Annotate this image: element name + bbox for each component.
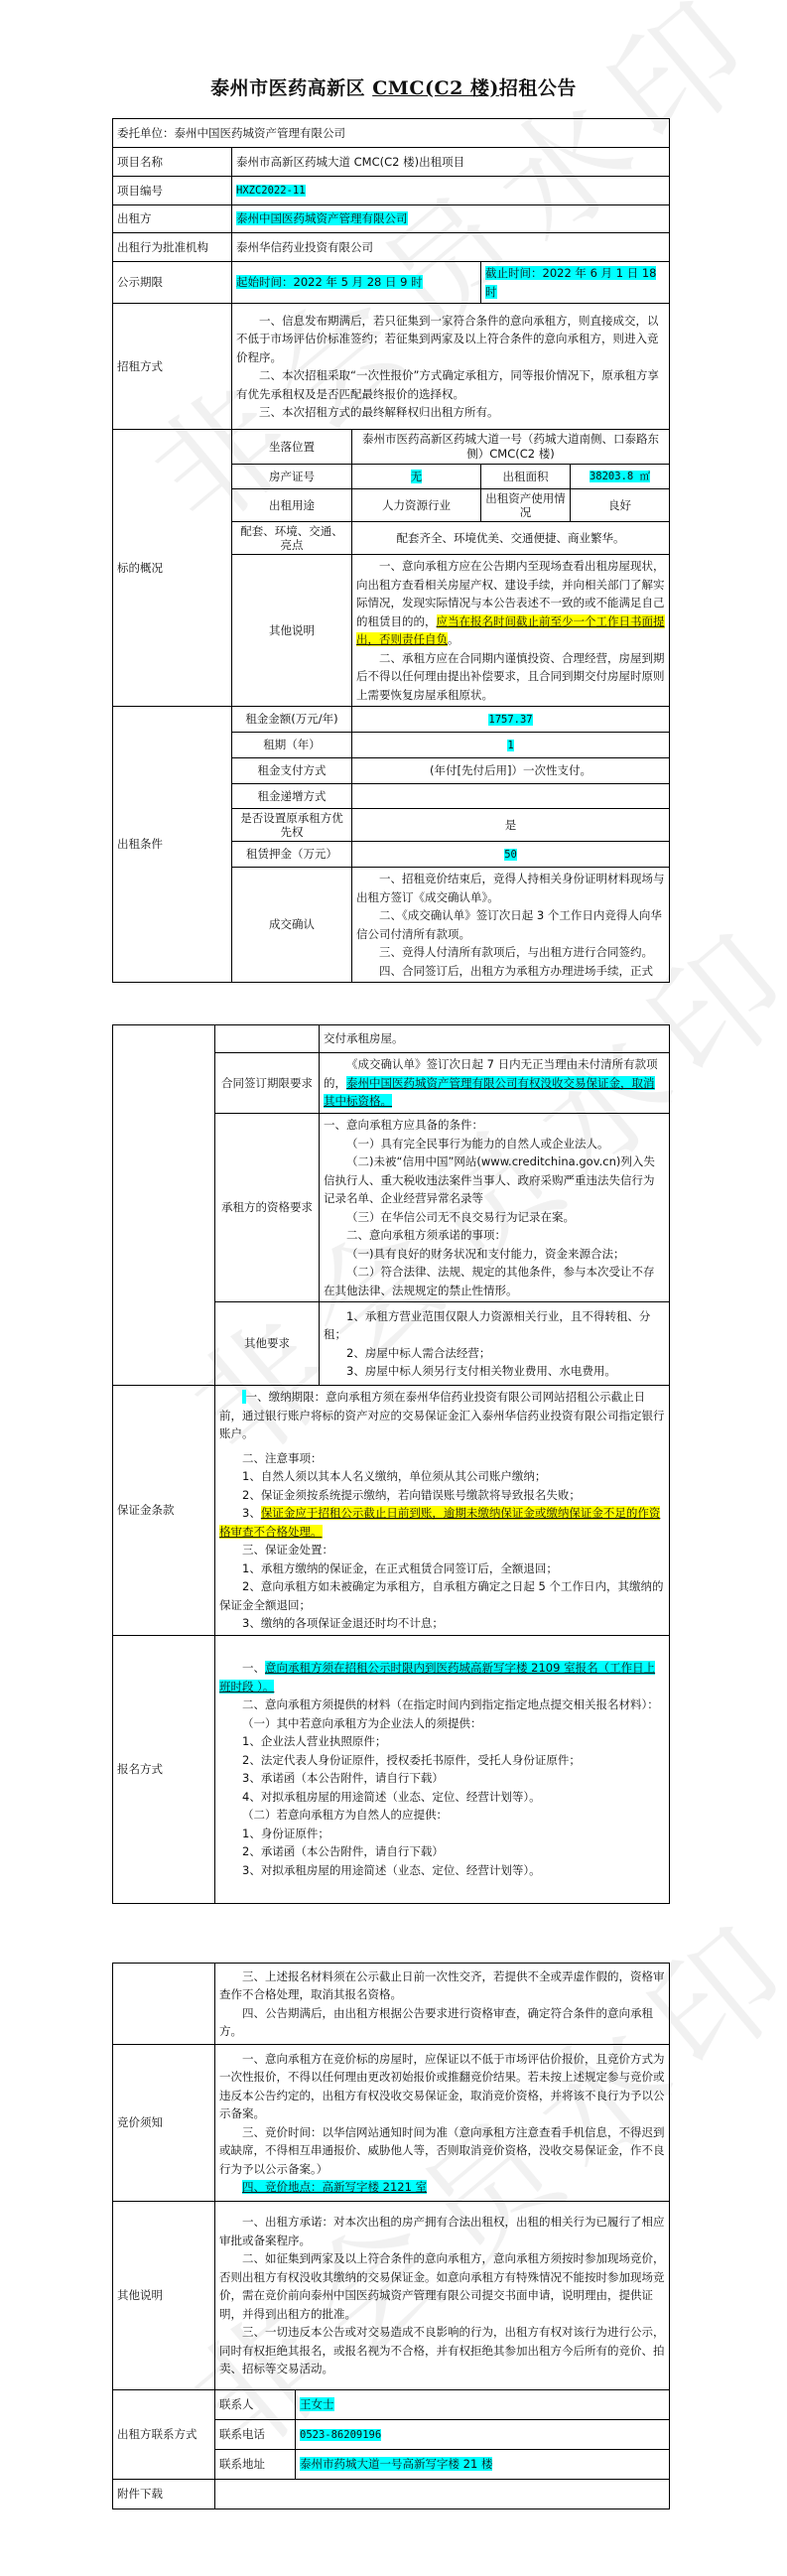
label-project-name: 项目名称 — [113, 148, 232, 177]
notice-start: 起始时间：2022 年 5 月 28 日 9 时 — [236, 275, 423, 289]
label-notice-period: 公示期限 — [113, 262, 232, 304]
reg-item: 3、承诺函（本公告附件，请自行下载） — [219, 1769, 665, 1788]
tender-p3: 三、本次招租方式的最终解释权归出租方所有。 — [236, 403, 665, 422]
dep-p7: 1、承租方缴纳的保证金，在正式租赁合同签订后，全额退回； — [219, 1559, 665, 1578]
label-use: 出租用途 — [232, 489, 352, 522]
dep-p1: 一、缴纳期限：意向承租方须在泰州华信药业投资有限公司网站招租公示截止日前，通过银… — [219, 1388, 665, 1443]
contact-phone: 0523-86209196 — [300, 2429, 381, 2441]
other-req-3: 3、房屋中标人须另行支付相关物业费用、水电费用。 — [324, 1362, 665, 1381]
qual-1: 一、意向承租方应具备的条件： — [324, 1116, 665, 1135]
label-attachment: 附件下载 — [113, 2480, 215, 2509]
label-conditions: 出租条件 — [113, 707, 232, 983]
dep-p2: 二、注意事项： — [219, 1449, 665, 1468]
reg-item: 1、身份证原件； — [219, 1825, 665, 1843]
usage: 良好 — [571, 489, 670, 522]
tender-p2: 二、本次招租采取“一次性报价”方式确定承租方，同等报价情况下，原承租方享有优先承… — [236, 366, 665, 403]
qual-6: （一)具有良好的财务状况和支付能力，资金来源合法； — [324, 1245, 665, 1264]
incr — [352, 784, 670, 809]
label-subject: 标的概况 — [113, 430, 232, 707]
other-req-2: 2、房屋中标人需合法经营； — [324, 1344, 665, 1363]
label-approval: 出租行为批准机构 — [113, 233, 232, 262]
label-address: 联系地址 — [215, 2450, 296, 2480]
project-no: HXZC2022-11 — [236, 185, 306, 197]
reg-item: 1、企业法人营业执照原件； — [219, 1732, 665, 1751]
entrust-unit: 委托单位：泰州中国医药城资产管理有限公司 — [113, 119, 670, 148]
bid-p1: 一、意向承租方在竞价标的房屋时，应保证以不低于市场评估价报价，且竞价方式为一次性… — [219, 2050, 665, 2123]
label-other: 其他说明 — [232, 555, 352, 707]
reg-p1: 一、意向承租方须在招租公示时限内到医药城高新写字楼 2109 室报名（工作日上班… — [219, 1659, 665, 1695]
label-other-notes: 其他说明 — [113, 2202, 215, 2390]
label-priority: 是否设置原承租方优先权 — [232, 809, 352, 842]
note-p2: 二、如征集到两家及以上符合条件的意向承租方，意向承租方须按时参加现场竞价，否则出… — [219, 2249, 665, 2323]
reg-item: 2、承诺函（本公告附件，请自行下载） — [219, 1842, 665, 1861]
label-incr: 租金递增方式 — [232, 784, 352, 809]
other-p2: 二、承租方应在合同期内谨慎投资、合理经营，房屋到期后不得以任何理由提出补偿要求，… — [356, 649, 665, 705]
reg-p2: 二、意向承租方须提供的材料（在指定时间内到指定指定地点提交相关报名材料）： — [219, 1695, 665, 1714]
label-registration: 报名方式 — [113, 1635, 215, 1903]
label-lessor: 出租方 — [113, 205, 232, 233]
area: 38203.8 ㎡ — [590, 471, 650, 482]
pay: (年付[先付后用]）一次性支付。 — [352, 758, 670, 784]
location: 泰州市医药高新区药城大道一号（药城大道南侧、口泰路东侧）CMC(C2 楼) — [352, 430, 670, 465]
term: 1 — [507, 740, 513, 751]
reg-item: 4、对拟承租房屋的用途简述（业态、定位、经营计划等）。 — [219, 1788, 665, 1807]
reg-item: 2、法定代表人身份证原件，授权委托书原件，受托人身份证原件； — [219, 1751, 665, 1770]
label-cert: 房产证号 — [232, 465, 352, 489]
label-deal: 成交确认 — [232, 868, 352, 983]
contact-address: 泰州市药城大道一号高新写字楼 21 楼 — [300, 2457, 492, 2471]
label-deposit-terms: 保证金条款 — [113, 1386, 215, 1636]
dep-p8: 2、意向承租方如未被确定为承租方，自承租方确定之日起 5 个工作日内，其缴纳的保… — [219, 1577, 665, 1614]
deal-cont: 交付承租房屋。 — [320, 1025, 670, 1053]
dep-p9: 3、缴纳的各项保证金退还时均不计息； — [219, 1614, 665, 1633]
dep-p4: 2、保证金须按系统提示缴纳，若向错误账号缴款将导致报名失败； — [219, 1486, 665, 1505]
label-term: 租期（年） — [232, 733, 352, 758]
dep-p3: 1、自然人须以其本人名义缴纳，单位须从其公司账户缴纳； — [219, 1467, 665, 1486]
reg-item: （一）其中若意向承租方为企业法人的须提供： — [219, 1714, 665, 1733]
label-person: 联系人 — [215, 2390, 296, 2420]
note-p1: 一、出租方承诺：对本次出租的房产拥有合法出租权，出租的相关行为已履行了相应审批或… — [219, 2213, 665, 2249]
label-phone: 联系电话 — [215, 2420, 296, 2450]
attachment-download[interactable] — [215, 2480, 670, 2509]
other-req-1: 1、承租方营业范围仅限人力资源相关行业，且不得转租、分租； — [324, 1307, 665, 1344]
label-bidding: 竞价须知 — [113, 2045, 215, 2202]
cert: 无 — [411, 470, 423, 483]
deposit: 50 — [504, 849, 517, 861]
reg-cont-2: 四、公告期满后，由出租方根据公告要求进行资格审查，确定符合条件的意向承租方。 — [219, 2004, 665, 2041]
approval-org: 泰州华信药业投资有限公司 — [232, 233, 670, 262]
label-project-no: 项目编号 — [113, 177, 232, 205]
label-qual: 承租方的资格要求 — [215, 1114, 320, 1302]
label-pay: 租金支付方式 — [232, 758, 352, 784]
label-env: 配套、环境、交通、亮点 — [232, 522, 352, 555]
label-deposit: 租赁押金（万元） — [232, 842, 352, 868]
label-rent: 租金金额(万元/年) — [232, 707, 352, 733]
qual-4: （三）在华信公司无不良交易行为记录在案。 — [324, 1208, 665, 1227]
project-name: 泰州市高新区药城大道 CMC(C2 楼)出租项目 — [232, 148, 670, 177]
priority: 是 — [352, 809, 670, 842]
contact-person: 王女士 — [300, 2397, 334, 2411]
lessor: 泰州中国医药城资产管理有限公司 — [236, 211, 408, 225]
dep-p5: 3、保证金应于招租公示截止日前到账，逾期未缴纳保证金或缴纳保证金不足的作资格审查… — [219, 1504, 665, 1541]
deal-p1: 一、招租竞价结束后，竞得人持相关身份证明材料现场与出租方签订《成交确认单》。 — [356, 870, 665, 906]
qual-5: 二、意向承租方须承诺的事项： — [324, 1226, 665, 1245]
bid-p3: 四、竞价地点：高新写字楼 2121 室 — [219, 2178, 665, 2197]
label-tender-method: 招租方式 — [113, 304, 232, 430]
reg-item: 3、对拟承租房屋的用途简述（业态、定位、经营计划等）。 — [219, 1861, 665, 1880]
rent: 1757.37 — [488, 714, 532, 726]
qual-7: （二）符合法律、法规、规定的其他条件，参与本次受让不存在其他法律、法规规定的禁止… — [324, 1263, 665, 1299]
deal-p4: 四、合同签订后，出租方为承租方办理进场手续，正式 — [356, 962, 665, 981]
env: 配套齐全、环境优美、交通便捷、商业繁华。 — [352, 522, 670, 555]
tender-p1: 一、信息发布期满后，若只征集到一家符合条件的意向承租方，则直接成交，以不低于市场… — [236, 312, 665, 367]
notice-end: 截止时间：2022 年 6 月 1 日 18 时 — [485, 266, 656, 299]
label-other-req: 其他要求 — [215, 1302, 320, 1386]
announcement-table-page1: 委托单位：泰州中国医药城资产管理有限公司 项目名称泰州市高新区药城大道 CMC(… — [112, 118, 670, 983]
qual-2: （一）具有完全民事行为能力的自然人或企业法人。 — [324, 1135, 665, 1153]
label-location: 坐落位置 — [232, 430, 352, 465]
page-title: 泰州市医药高新区 CMC(C2 楼)招租公告 — [0, 73, 787, 100]
label-usage: 出租资产使用情况 — [481, 489, 571, 522]
other-p1: 一、意向承租方应在公告期内至现场查看出租房屋现状，向出租方查看相关房屋产权、建设… — [356, 557, 665, 649]
announcement-table-page2: 交付承租房屋。 合同签订期限要求 《成交确认单》签订次日起 7 日内无正当理由未… — [112, 1024, 670, 1904]
use: 人力资源行业 — [352, 489, 481, 522]
label-area: 出租面积 — [481, 465, 571, 489]
dep-p6: 三、保证金处置： — [219, 1541, 665, 1559]
deal-p3: 三、竞得人付清所有款项后，与出租方进行合同签约。 — [356, 943, 665, 962]
label-contract: 合同签订期限要求 — [215, 1053, 320, 1114]
reg-item: （二）若意向承租方为自然人的应提供： — [219, 1806, 665, 1825]
contract-text: 《成交确认单》签订次日起 7 日内无正当理由未付清所有款项的，泰州中国医药城资产… — [324, 1055, 665, 1111]
qual-3: （二)未被“信用中国”网站(www.creditchina.gov.cn)列入失… — [324, 1152, 665, 1208]
announcement-table-page3: 三、上述报名材料须在公示截止日前一次性交齐，若提供不全或弄虚作假的，资格审查作不… — [112, 1963, 670, 2509]
bid-p2: 三、竞价时间：以华信网站通知时间为准（意向承租方注意查看手机信息，不得迟到或缺席… — [219, 2123, 665, 2179]
label-contact: 出租方联系方式 — [113, 2390, 215, 2480]
reg-cont-1: 三、上述报名材料须在公示截止日前一次性交齐，若提供不全或弄虚作假的，资格审查作不… — [219, 1967, 665, 2004]
note-p3: 三、一切违反本公告或对交易造成不良影响的行为，出租方有权对该行为进行公示，同时有… — [219, 2323, 665, 2378]
deal-p2: 二、《成交确认单》签订次日起 3 个工作日内竞得人向华信公司付清所有款项。 — [356, 906, 665, 943]
